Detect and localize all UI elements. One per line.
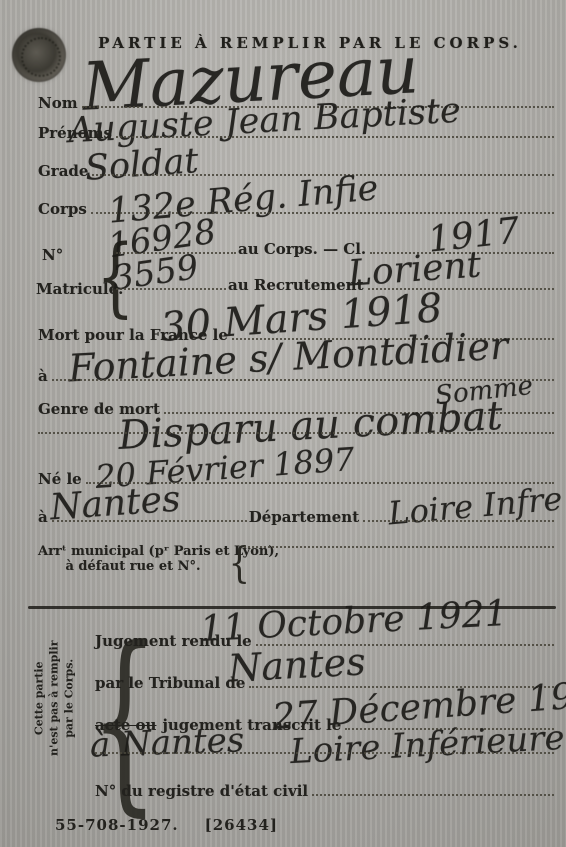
lieu-mort-line <box>52 379 554 381</box>
transcription-lieu-row <box>95 752 556 758</box>
prenoms-label: Prénoms <box>38 124 112 142</box>
matricule-recrutement-row: au Recrutement <box>112 276 556 294</box>
matricule-label-no: N° <box>42 246 63 264</box>
prenoms-row: Prénoms <box>38 124 556 142</box>
tribunal-label: par le Tribunal de <box>95 674 245 692</box>
arrondissement-row <box>244 546 556 552</box>
departement-line <box>363 520 554 522</box>
side-note-line1: Cette partie <box>33 619 48 777</box>
military-death-record-card: PARTIE À REMPLIR PAR LE CORPS. Mazureau … <box>0 0 566 847</box>
matricule-recrutement-line <box>116 288 226 290</box>
arrondissement-label-line2: à défaut rue et N°. <box>38 559 228 574</box>
departement-label: Département <box>249 508 359 526</box>
registre-line <box>312 794 554 796</box>
prenoms-line <box>116 136 554 138</box>
lieu-naissance-label: à <box>38 508 48 526</box>
genre-mort-line2 <box>38 432 554 434</box>
nom-label: Nom <box>38 94 78 112</box>
transcription-lieu-line <box>95 752 554 754</box>
arrondissement-label-line1: Arrᵗ municipal (pʳ Paris et Lyon), <box>38 544 228 559</box>
side-note-line3: par le Corps. <box>62 619 77 777</box>
lieu-naissance-line <box>52 520 247 522</box>
arrondissement-label-block: Arrᵗ municipal (pʳ Paris et Lyon), à déf… <box>38 544 228 574</box>
registre-label: N° du registre d'état civil <box>95 782 308 800</box>
side-note: Cette partie n'est pas à remplir par le … <box>33 619 78 777</box>
side-note-line2: n'est pas à remplir <box>48 619 63 777</box>
lieu-naissance-row: à Département <box>38 508 556 526</box>
lieu-mort-label: à <box>38 367 48 385</box>
print-code-ref: [26434] <box>205 816 278 834</box>
grade-label: Grade <box>38 162 88 180</box>
corps-label: Corps <box>38 200 87 218</box>
print-code: 55-708-1927.[26434] <box>55 816 304 834</box>
registre-row: N° du registre d'état civil <box>95 782 556 800</box>
ink-stamp-seal <box>12 28 66 82</box>
print-code-number: 55-708-1927. <box>55 816 179 834</box>
genre-mort-row2 <box>38 432 556 438</box>
arrondissement-line <box>244 546 554 548</box>
lieu-mort-row: à <box>38 367 556 385</box>
